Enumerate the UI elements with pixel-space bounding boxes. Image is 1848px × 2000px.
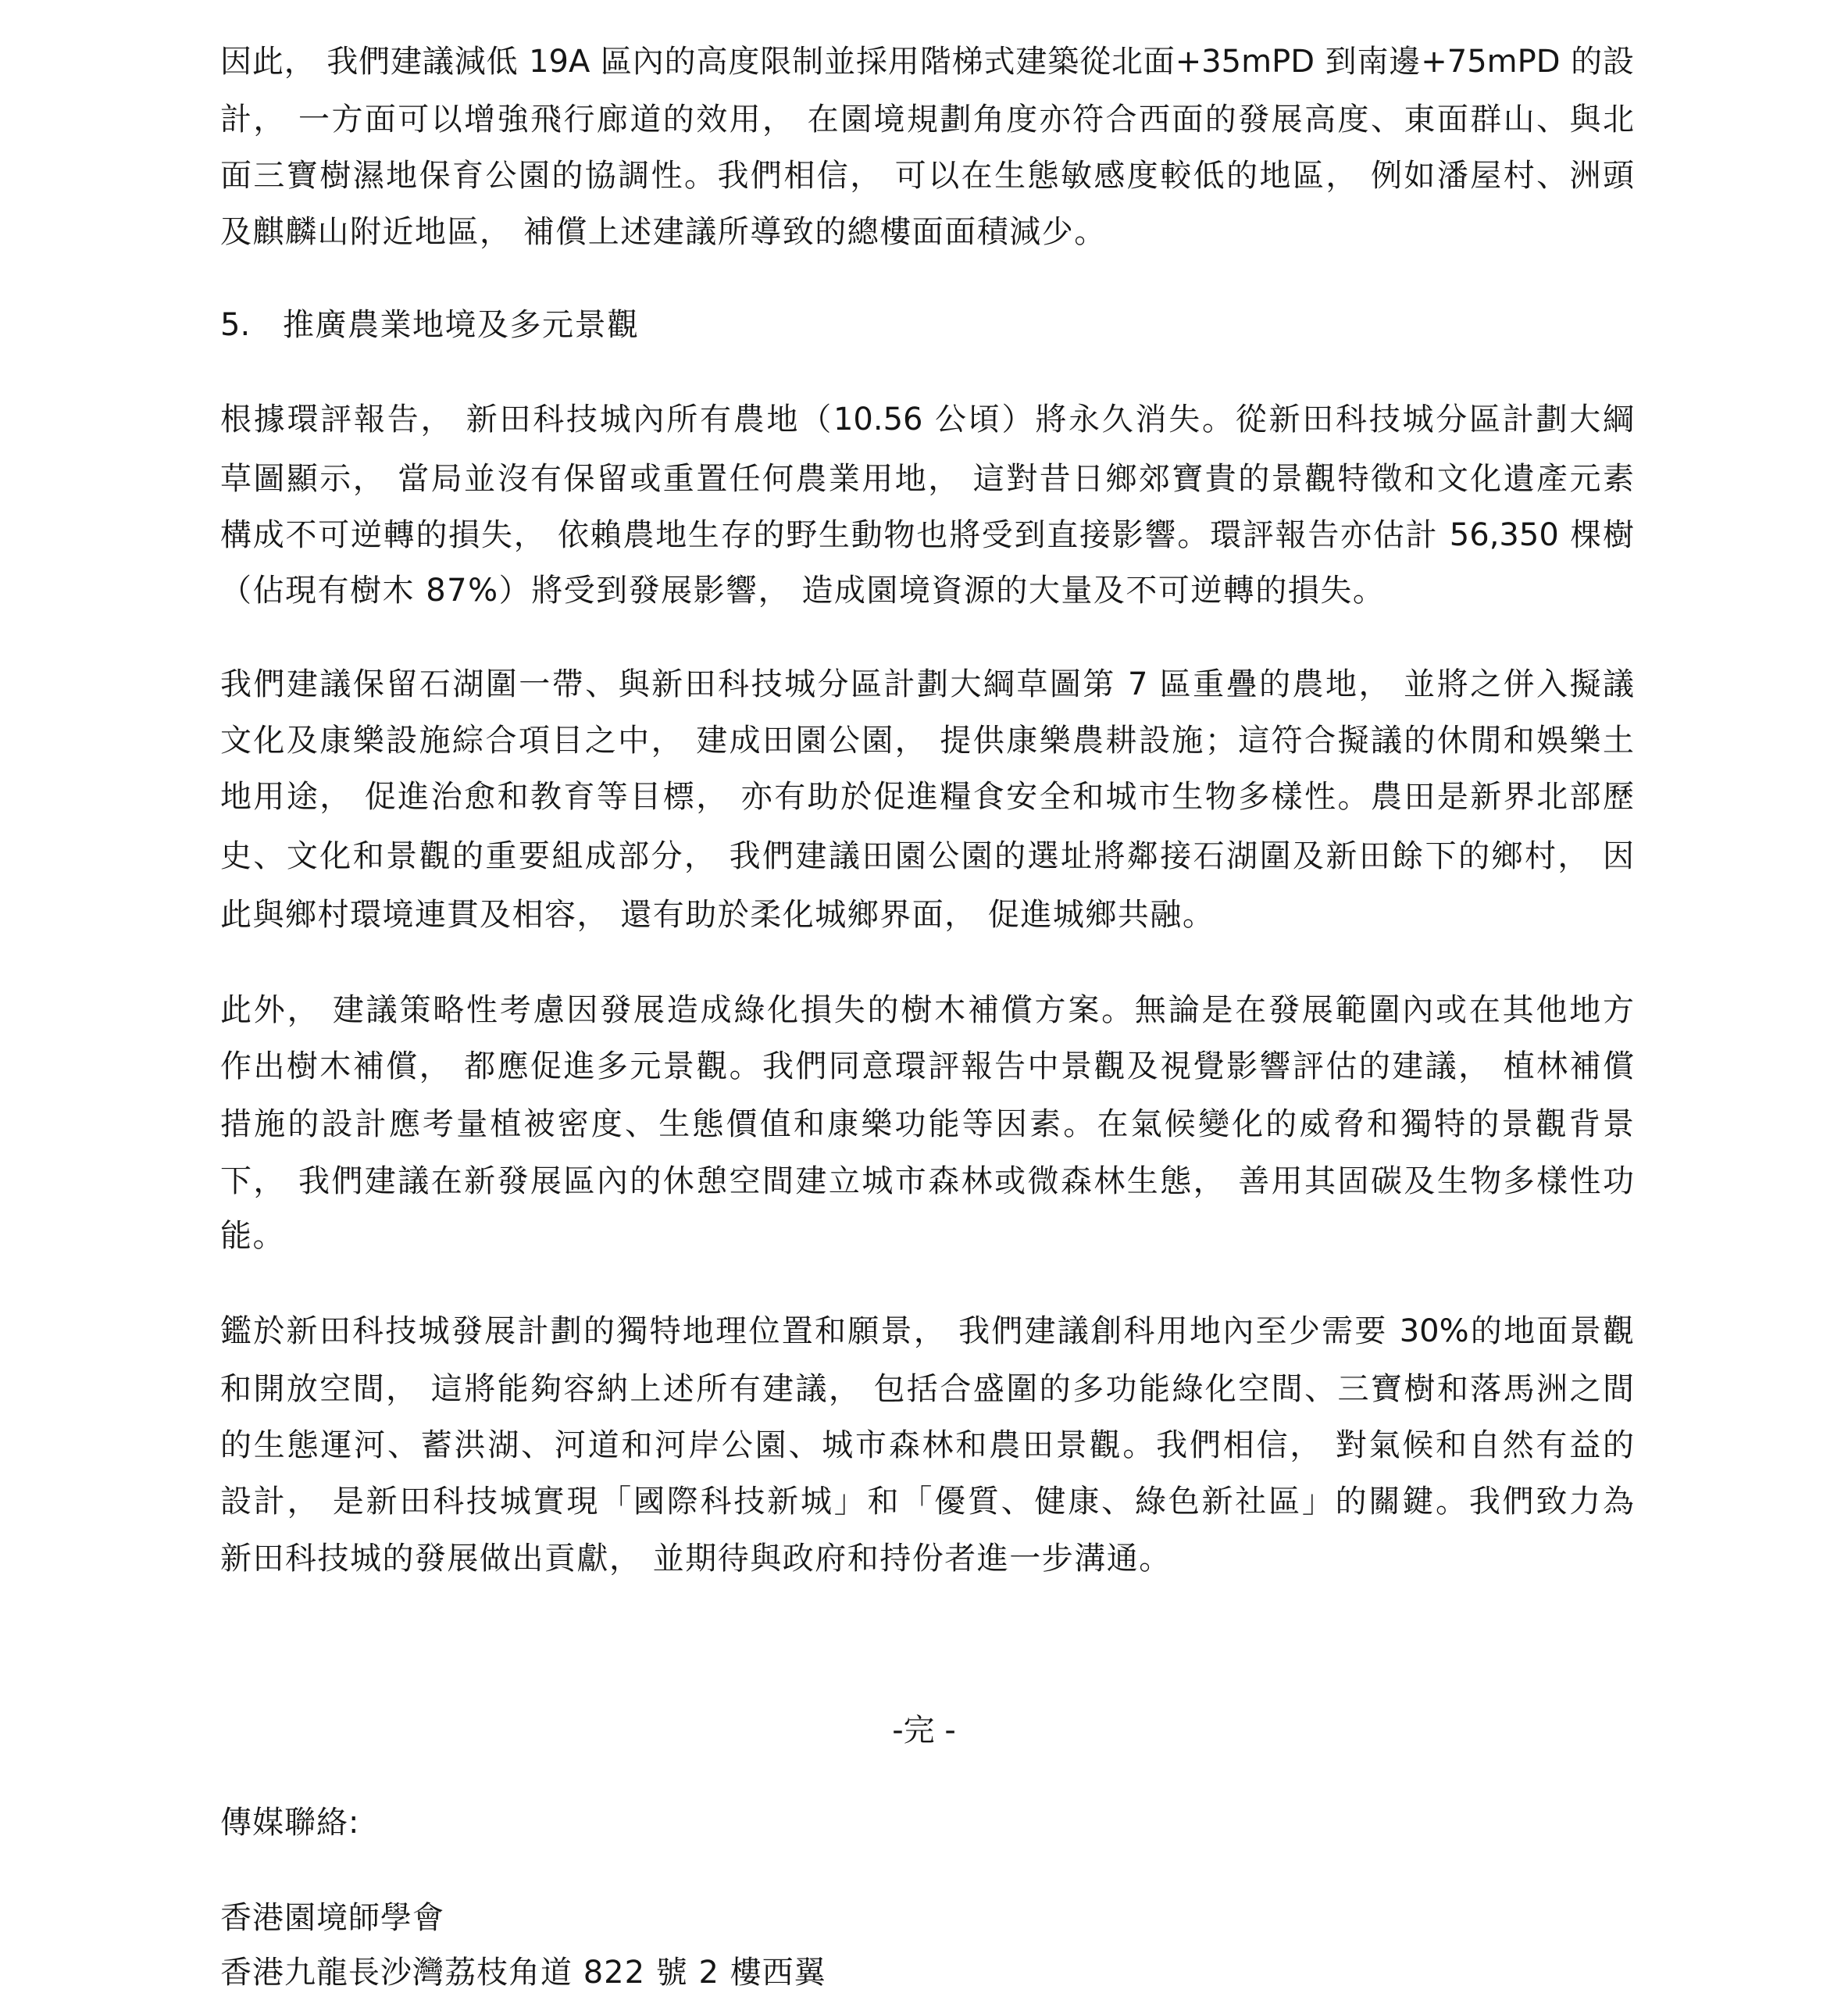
paragraph-line: 草圖顯示， 當局並沒有保留或重置任何農業用地， 這對昔日鄉郊寶貴的景觀特徵和文化… bbox=[220, 455, 1634, 502]
paragraph-line: 此與鄉村環境連貫及相容， 還有助於柔化城鄉界面， 促進城鄉共融。 bbox=[220, 891, 1634, 938]
paragraph-line: 下， 我們建議在新發展區內的休憩空間建立城市森林或微森林生態， 善用其固碳及生物… bbox=[220, 1158, 1634, 1205]
paragraph-line: 面三寶樹濕地保育公園的協調性。我們相信， 可以在生態敏感度較低的地區， 例如潘屋… bbox=[220, 152, 1634, 199]
paragraph-line: 設計， 是新田科技城實現「國際科技新城」和「優質、健康、綠色新社區」的關鍵。我們… bbox=[220, 1478, 1634, 1525]
media-contact-label: 傳媒聯絡: bbox=[220, 1799, 359, 1846]
paragraph-line: 我們建議保留石湖圍一帶、與新田科技城分區計劃大綱草圖第 7 區重疊的農地， 並將… bbox=[220, 661, 1634, 708]
section-heading: 5.推廣農業地境及多元景觀 bbox=[220, 302, 640, 348]
paragraph-line: 作出樹木補償， 都應促進多元景觀。我們同意環評報告中景觀及視覺影響評估的建議， … bbox=[220, 1043, 1634, 1090]
document-page: 因此， 我們建議減低 19A 區內的高度限制並採用階梯式建築從北面+35mPD … bbox=[0, 0, 1848, 2000]
paragraph-line: 計， 一方面可以增強飛行廊道的效用， 在園境規劃角度亦符合西面的發展高度、東面群… bbox=[220, 96, 1634, 143]
paragraph-line: 此外， 建議策略性考慮因發展造成綠化損失的樹木補償方案。無論是在發展範圍內或在其… bbox=[220, 987, 1634, 1034]
paragraph-line: 文化及康樂設施綜合項目之中， 建成田園公園， 提供康樂農耕設施；這符合擬議的休閒… bbox=[220, 717, 1634, 764]
paragraph-line: 根據環評報告， 新田科技城內所有農地（10.56 公頃）將永久消失。從新田科技城… bbox=[220, 396, 1634, 443]
paragraph-line: （佔現有樹木 87%）將受到發展影響， 造成園境資源的大量及不可逆轉的損失。 bbox=[220, 567, 1634, 614]
paragraph-line: 史、文化和景觀的重要組成部分， 我們建議田園公園的選址將鄰接石湖圍及新田餘下的鄉… bbox=[220, 833, 1634, 880]
paragraph-line: 因此， 我們建議減低 19A 區內的高度限制並採用階梯式建築從北面+35mPD … bbox=[220, 38, 1634, 85]
organization-name: 香港園境師學會 bbox=[220, 1895, 444, 1941]
paragraph-line: 措施的設計應考量植被密度、生態價值和康樂功能等因素。在氣候變化的威脅和獨特的景觀… bbox=[220, 1101, 1634, 1148]
paragraph-line: 鑑於新田科技城發展計劃的獨特地理位置和願景， 我們建議創科用地內至少需要 30%… bbox=[220, 1308, 1634, 1355]
paragraph-line: 及麒麟山附近地區， 補償上述建議所導致的總樓面面積減少。 bbox=[220, 209, 1634, 255]
section-number: 5. bbox=[220, 302, 283, 348]
organization-address: 香港九龍長沙灣荔枝角道 822 號 2 樓西翼 bbox=[220, 1949, 826, 1996]
paragraph-line: 構成不可逆轉的損失， 依賴農地生存的野生動物也將受到直接影響。環評報告亦估計 5… bbox=[220, 512, 1634, 559]
paragraph-line: 能。 bbox=[220, 1212, 1634, 1259]
paragraph-line: 的生態運河、蓄洪湖、河道和河岸公園、城市森林和農田景觀。我們相信， 對氣候和自然… bbox=[220, 1422, 1634, 1469]
paragraph-line: 和開放空間， 這將能夠容納上述所有建議， 包括合盛圍的多功能綠化空間、三寶樹和落… bbox=[220, 1366, 1634, 1412]
end-mark: -完 - bbox=[0, 1707, 1848, 1754]
section-title: 推廣農業地境及多元景觀 bbox=[283, 307, 640, 343]
paragraph-line: 地用途， 促進治愈和教育等目標， 亦有助於促進糧食安全和城市生物多樣性。農田是新… bbox=[220, 773, 1634, 820]
paragraph-line: 新田科技城的發展做出貢獻， 並期待與政府和持份者進一步溝通。 bbox=[220, 1535, 1634, 1582]
